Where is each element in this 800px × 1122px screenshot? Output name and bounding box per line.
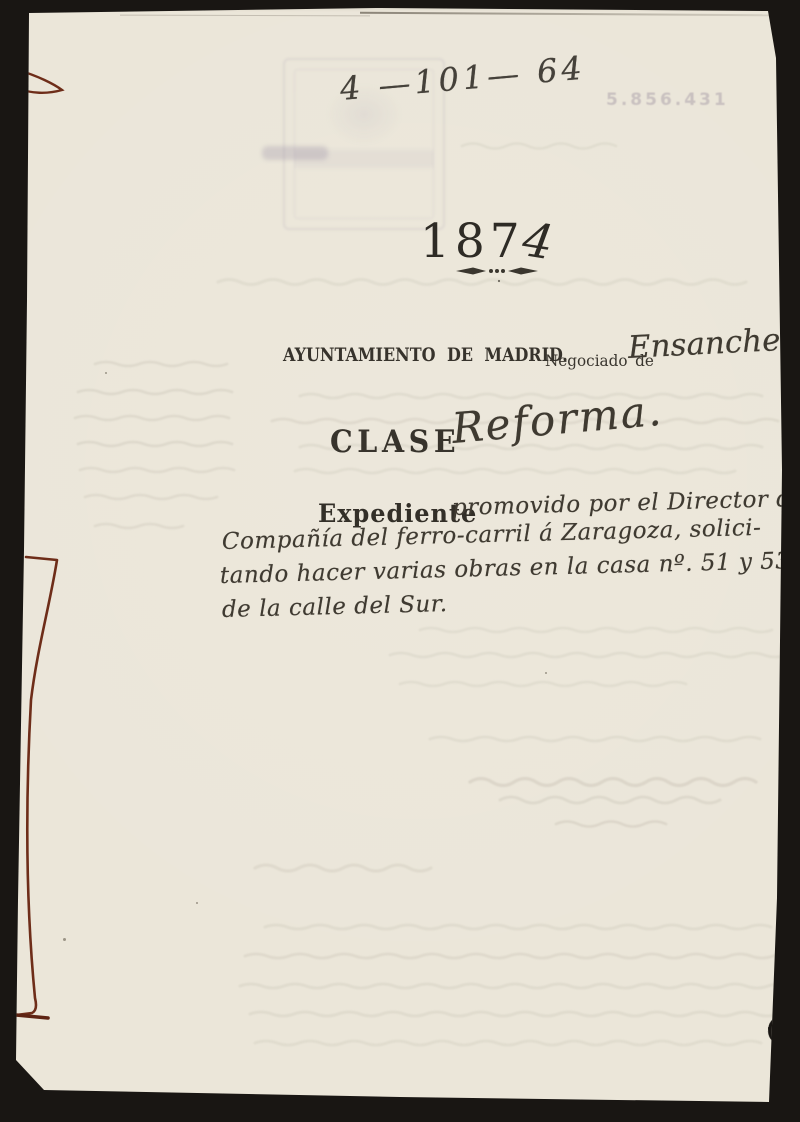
faded-stamp-smudge <box>262 146 328 160</box>
ghost-writing-line <box>390 653 786 657</box>
ghost-writing-line <box>95 524 183 528</box>
ghost-writing-line <box>470 779 756 786</box>
stamp-serial-number: 5.856.431 <box>606 90 729 110</box>
ghost-writing-line <box>400 682 686 686</box>
scanned-document-photo: 4 —101— 64 5.856.431 1874 AYUNTAMIENTO D… <box>0 0 800 1122</box>
organization-title: AYUNTAMIENTO DE MADRID. <box>283 344 568 366</box>
ghost-writing-line <box>255 865 431 871</box>
ghost-writing-line <box>462 144 616 149</box>
ghost-writing-line <box>85 495 217 499</box>
dust-speck <box>545 672 547 674</box>
binding-thread-long <box>16 557 57 1018</box>
clase-label: CLASE <box>330 424 460 460</box>
expediente-handwritten-line: de la calle del Sur. <box>222 591 448 623</box>
ghost-writing-line <box>420 628 772 632</box>
dust-speck <box>196 902 198 904</box>
expediente-handwritten-line: tando hacer varias obras en la casa nº. … <box>220 548 791 589</box>
ghost-writing-line <box>500 797 720 803</box>
binding-thread-end-bar <box>16 1015 48 1018</box>
ghost-writing-line <box>265 925 771 929</box>
ghost-writing-line <box>556 822 666 827</box>
clase-value-handwritten: Reforma. <box>450 386 665 453</box>
ghost-writing-line <box>80 468 234 472</box>
dust-speck <box>105 372 107 374</box>
top-edge-crease <box>360 12 770 17</box>
document-cover-page: 4 —101— 64 5.856.431 1874 AYUNTAMIENTO D… <box>0 0 800 1122</box>
ghost-writing-line <box>75 416 229 420</box>
ghost-writing-line <box>95 362 227 366</box>
ghost-writing-line <box>78 442 232 446</box>
ghost-writing-line <box>240 984 790 988</box>
ghost-writing-line <box>295 469 735 473</box>
ghost-writing-line <box>245 954 795 958</box>
year-printed-digits: 187 <box>420 214 525 269</box>
dust-speck <box>63 938 66 941</box>
binding-thread-top-loop <box>18 70 62 93</box>
ghost-writing-line <box>250 1012 778 1016</box>
ghost-writing-line <box>430 737 760 741</box>
ghost-writing-line <box>78 390 232 394</box>
negociado-value-handwritten: Ensanche. <box>627 322 791 366</box>
right-edge-notch <box>767 1015 794 1045</box>
ornamental-rule <box>352 262 632 288</box>
top-edge-crease-faint <box>120 15 370 17</box>
expediente-handwritten-line: Compañía del ferro-carril á Zaragoza, so… <box>222 515 762 555</box>
year-heading: 1874 <box>420 214 560 269</box>
ghost-writing-line <box>255 1041 761 1045</box>
